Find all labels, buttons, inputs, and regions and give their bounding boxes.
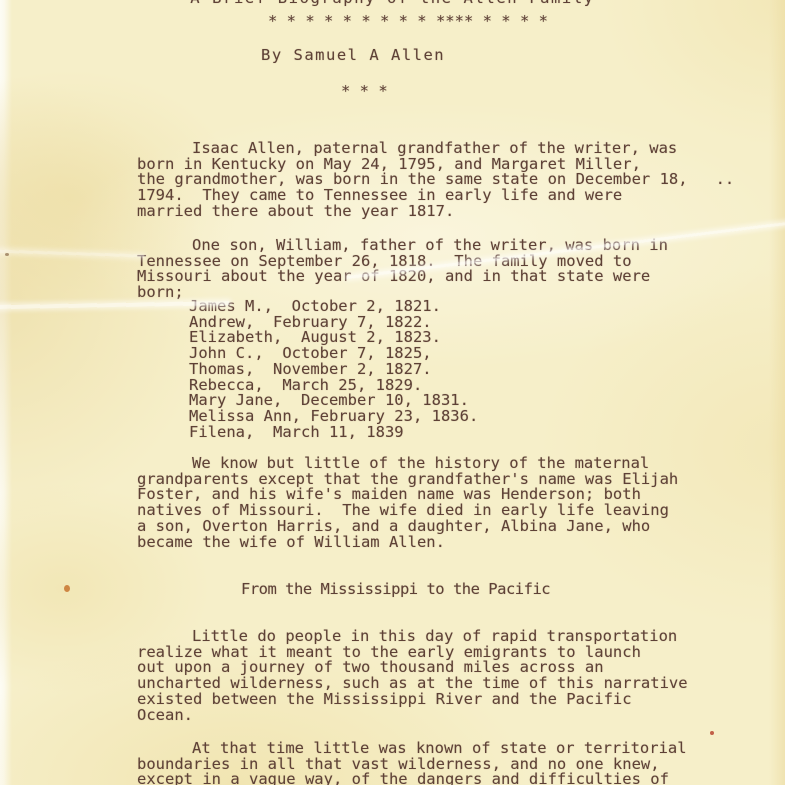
paragraph-maternal-grandparents: We know but little of the history of the… — [137, 456, 678, 550]
list-children-births: James M., October 2, 1821. Andrew, Febru… — [137, 299, 478, 440]
paper-stain-speck — [710, 731, 714, 735]
paragraph-william-birth: One son, William, father of the writer, … — [137, 238, 668, 301]
asterisk-separator-row: * * * * * * * * * **** * * * * — [268, 14, 548, 30]
asterisk-separator-small: * * * — [341, 84, 388, 100]
paragraph-paternal-grandparents: Isaac Allen, paternal grandfather of the… — [137, 141, 734, 220]
paper-crease-left-2 — [0, 249, 144, 257]
paper-stain-speck — [64, 585, 70, 592]
byline: By Samuel A Allen — [261, 48, 445, 64]
document-page: A Brief Biography of the Allen Family * … — [0, 0, 785, 785]
paper-stain-speck — [5, 253, 9, 256]
paragraph-transportation: Little do people in this day of rapid tr… — [137, 629, 688, 723]
paragraph-boundaries: At that time little was known of state o… — [137, 741, 687, 785]
title-clipped: A Brief Biography of the Allen Family — [0, 0, 785, 7]
section-heading: From the Mississippi to the Pacific — [241, 582, 550, 598]
